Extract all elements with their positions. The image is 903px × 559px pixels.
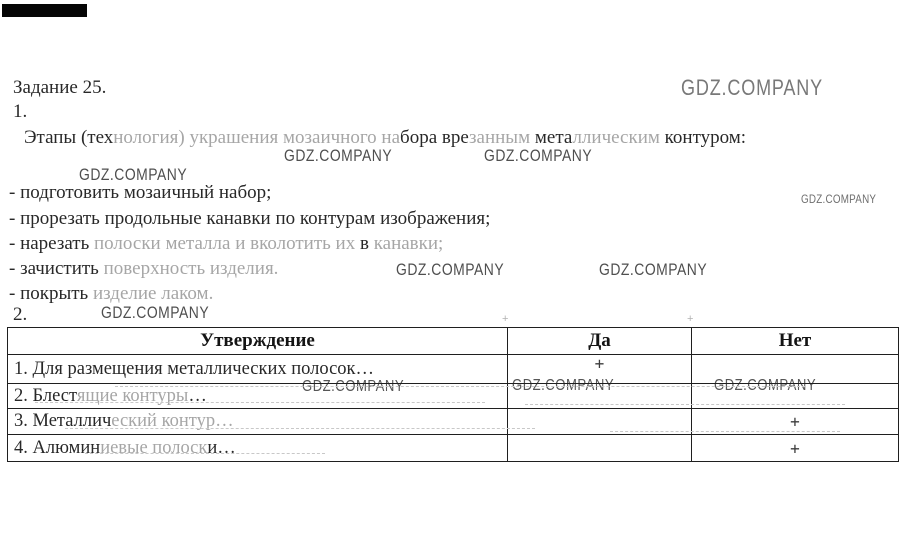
watermark: GDZ.COMPANY (599, 260, 707, 280)
statements-table: Утверждение Да Нет 1. Для размещения мет… (7, 327, 899, 462)
text-segment: бора вре (400, 127, 469, 148)
text-segment: иевые полоск (100, 438, 207, 458)
step-1: - подготовить мозаичный набор; (9, 182, 271, 204)
item-2-number: 2. (13, 304, 27, 326)
watermark: GDZ.COMPANY (484, 146, 592, 166)
scan-dash-artifact (35, 402, 485, 403)
text-segment: канавки; (374, 233, 444, 254)
item-1-number: 1. (13, 101, 27, 123)
scan-dash-artifact (85, 453, 325, 454)
watermark: GDZ.COMPANY (79, 165, 187, 185)
text-segment: - подготовить мозаичный набор; (9, 182, 271, 203)
yes-mark-cell (508, 435, 692, 462)
text-segment: - покрыть (9, 283, 93, 304)
watermark: GDZ.COMPANY (396, 260, 504, 280)
text-segment: - зачистить (9, 258, 104, 279)
step-3: - нарезать полоски металла и вколотить и… (9, 233, 443, 255)
text-segment: полоски металла и вколотить их (94, 233, 360, 254)
step-5: - покрыть изделие лаком. (9, 283, 213, 305)
statement-cell: 2. Блестящие контуры… (8, 384, 508, 409)
watermark: GDZ.COMPANY (801, 192, 876, 206)
scanned-worksheet-page: Задание 25. 1. Этапы (технология) украше… (0, 0, 903, 559)
no-mark-cell: + (692, 435, 899, 462)
text-segment: 1. Для размещения металлических полосок… (14, 359, 374, 379)
watermark: GDZ.COMPANY (101, 303, 209, 323)
statement-cell: 4. Алюминиевые полоски… (8, 435, 508, 462)
step-2: - прорезать продольные канавки по контур… (9, 208, 490, 230)
scan-dash-artifact (115, 386, 805, 387)
text-segment: контуром: (665, 127, 746, 148)
scan-black-bar-artifact (2, 4, 87, 17)
text-segment: мета (535, 127, 573, 148)
text-segment: в (360, 233, 374, 254)
text-segment: - нарезать (9, 233, 94, 254)
yes-mark-cell: + (508, 355, 692, 384)
text-segment: нология) украшения мозаичного на (113, 127, 400, 148)
statement-cell: 1. Для размещения металлических полосок… (8, 355, 508, 384)
step-4: - зачистить поверхность изделия. (9, 258, 278, 280)
table-row: 4. Алюминиевые полоски… + (8, 435, 899, 462)
column-header-yes: Да (508, 328, 692, 355)
watermark: GDZ.COMPANY (284, 146, 392, 166)
table-header-row: Утверждение Да Нет (8, 328, 899, 355)
scan-dash-artifact (65, 428, 535, 429)
task-title: Задание 25. (13, 77, 106, 99)
scan-tick-mark: + (502, 313, 508, 325)
text-segment: изделие лаком. (93, 283, 213, 304)
table-row: 1. Для размещения металлических полосок…… (8, 355, 899, 384)
text-segment: и… (207, 438, 235, 458)
column-header-no: Нет (692, 328, 899, 355)
statement-cell: 3. Металлический контур… (8, 409, 508, 435)
text-segment: занным (469, 127, 535, 148)
text-segment: 4. Алюмин (14, 438, 100, 458)
text-segment: - прорезать продольные канавки по контур… (9, 208, 490, 229)
text-segment: Этапы (тех (24, 127, 113, 148)
text-segment: ллическим (572, 127, 664, 148)
no-mark-cell (692, 355, 899, 384)
text-segment: поверхность изделия. (104, 258, 279, 279)
watermark: GDZ.COMPANY (681, 75, 823, 101)
scan-dash-artifact (610, 431, 840, 432)
scan-tick-mark: + (687, 313, 693, 325)
column-header-statement: Утверждение (8, 328, 508, 355)
scan-dash-artifact (525, 404, 845, 405)
